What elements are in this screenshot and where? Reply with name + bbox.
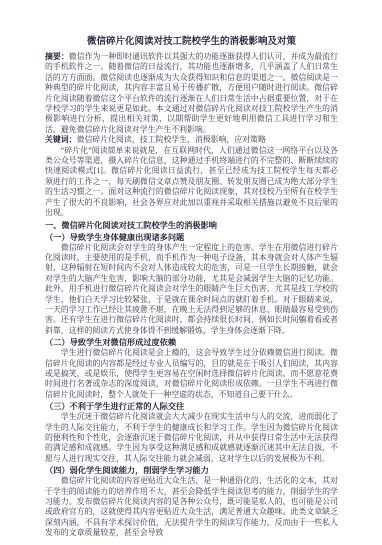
- subsection-4-body: 微信碎片化阅读的内容更贴近大众生活，是一种通俗化的、生活化的文本，其对于学生的阅…: [45, 476, 338, 538]
- subsection-3-body: 学生沉迷于微信碎片化阅读就会大大减少在现实生活中与人的交流，进而弱化了学生的人际…: [45, 412, 338, 464]
- document-page: 微信碎片化阅读对技工院校学生的消极影响及对策 摘要：微信作为一种即时通讯软件以其…: [0, 0, 382, 545]
- subsection-4: （四）弱化学生阅读能力，削弱学生学习能力 微信碎片化阅读的内容更贴近大众生活，是…: [45, 465, 338, 538]
- intro-paragraph: “碎片化”阅读简单来说就是，在互联网时代，人们通过微信这一网络平台以及各类公众号…: [45, 146, 338, 219]
- subsection-1-heading: （一）导致学生身体健康出现诸多问题: [45, 232, 338, 243]
- keywords-line: 关键词：微信碎片化阅读，技工院校学生，消极影响，应对策略: [45, 135, 338, 145]
- subsection-2-body: 学生进行微信碎片化阅读是会上瘾的，这会导致学生过分依赖微信进行阅读。微信碎片化阅…: [45, 348, 338, 400]
- subsection-2: （二）导致学生对微信形成过度依赖 学生进行微信碎片化阅读是会上瘾的，这会导致学生…: [45, 337, 338, 400]
- keywords-text: 微信碎片化阅读，技工院校学生，消极影响，应对策略: [77, 135, 266, 144]
- section-1-heading: 一、微信碎片化阅读对技工院校学生的消极影响: [45, 220, 338, 231]
- abstract-paragraph: 摘要：微信作为一种即时通讯软件以其强大的功能逐渐获得人们认可，并成为最流行的手机…: [45, 52, 338, 135]
- abstract-label: 摘要：: [45, 52, 69, 61]
- document-title: 微信碎片化阅读对技工院校学生的消极影响及对策: [45, 36, 338, 49]
- subsection-2-heading: （二）导致学生对微信形成过度依赖: [45, 337, 338, 348]
- subsection-3-heading: （三）不利于学生进行正常的人际交往: [45, 401, 338, 412]
- subsection-1-body: 微信碎片化阅读会对学生的身体产生一定程度上的危害。学生在用微信进行碎片化阅读时，…: [45, 243, 338, 337]
- keywords-label: 关键词：: [45, 135, 77, 144]
- abstract-text: 微信作为一种即时通讯软件以其强大的功能逐渐获得人们认可，并成为最流行的手机软件之…: [45, 52, 338, 134]
- subsection-1: （一）导致学生身体健康出现诸多问题 微信碎片化阅读会对学生的身体产生一定程度上的…: [45, 232, 338, 337]
- subsection-3: （三）不利于学生进行正常的人际交往 学生沉迷于微信碎片化阅读就会大大减少在现实生…: [45, 401, 338, 464]
- subsection-4-heading: （四）弱化学生阅读能力，削弱学生学习能力: [45, 465, 338, 476]
